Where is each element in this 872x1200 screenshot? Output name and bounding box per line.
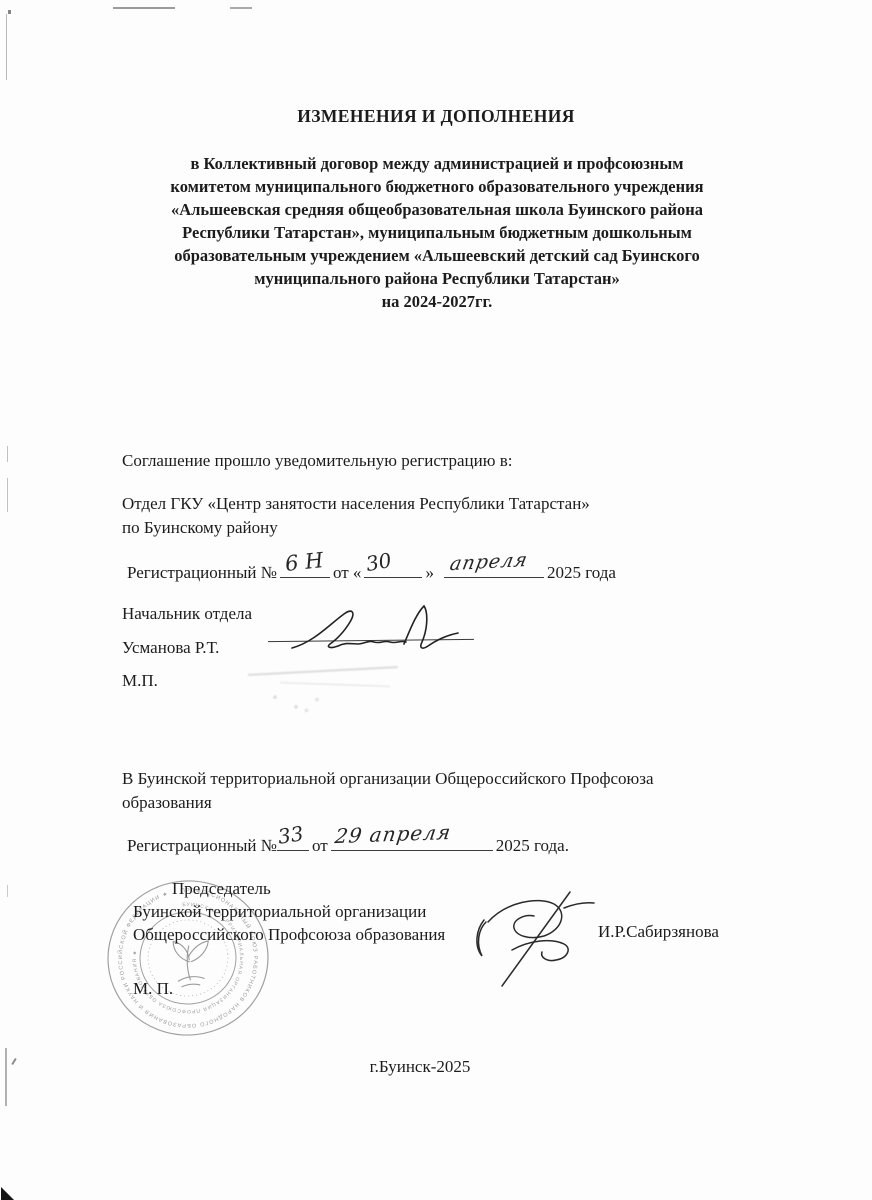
preamble-line: муниципального района Республики Татарст… [116, 267, 758, 290]
employment-org-line1: Отдел ГКУ «Центр занятости населения Рес… [122, 493, 590, 514]
preamble-line: на 2024-2027гг. [116, 290, 758, 313]
document-title: ИЗМЕНЕНИЯ И ДОПОЛНЕНИЯ [0, 106, 872, 128]
reg-label: Регистрационный № [127, 836, 277, 855]
employment-head-title: Начальник отдела [122, 603, 252, 624]
month-blank: апреля [444, 559, 544, 578]
preamble-line: образовательным учреждением «Альшеевский… [116, 244, 758, 267]
scan-artifact-corner-triangle [1, 1187, 14, 1200]
scanned-document-page: ИЗМЕНЕНИЯ И ДОПОЛНЕНИЯ в Коллективный до… [0, 0, 872, 1200]
scan-artifact-left-tick-2 [7, 478, 8, 512]
reg-number-blank: 33 [277, 832, 309, 851]
year-label: 2025 года. [496, 836, 569, 855]
scan-smudge-speckle [268, 690, 338, 714]
employment-registration-line: Регистрационный №6 Нот «30»апреля2025 го… [127, 559, 616, 583]
employment-head-name: Усманова Р.Т. [122, 637, 219, 658]
union-chair-title: Председатель [172, 878, 271, 899]
union-chair-line3: Общероссийского Профсоюза образования [133, 924, 445, 945]
employment-seal-mark: М.П. [122, 670, 158, 691]
union-chair-line2: Буинской территориальной организации [133, 901, 426, 922]
from-label: от [312, 836, 328, 855]
union-registration-line: Регистрационный №33от29 апреля2025 года. [127, 832, 569, 856]
document-preamble: в Коллективный договор между администрац… [116, 152, 758, 313]
preamble-line: «Альшеевская средняя общеобразовательная… [116, 198, 758, 221]
union-seal-mark: М. П. [133, 978, 173, 999]
document-footer: г.Буинск-2025 [0, 1056, 840, 1077]
scan-artifact-left-tick-1 [7, 446, 8, 462]
date-blank: 29 апреля [331, 832, 493, 851]
year-label: 2025 года [547, 563, 616, 582]
preamble-line: Республики Татарстан», муниципальным бюд… [116, 221, 758, 244]
scan-artifact-top-dash-2 [230, 7, 252, 9]
scan-artifact-dot [8, 10, 11, 14]
reg-number-blank: 6 Н [280, 559, 330, 578]
reg-label: Регистрационный № [127, 563, 277, 582]
scan-artifact-top-dash [113, 7, 175, 9]
from-label: от « [333, 563, 361, 582]
scan-artifact-left-tick-3 [7, 885, 8, 897]
scan-artifact-left-line-top [6, 14, 7, 80]
handwritten-month: апреля [448, 549, 530, 577]
day-blank: 30 [364, 559, 422, 578]
scan-smudge-1 [248, 666, 398, 679]
preamble-line: комитетом муниципального бюджетного обра… [116, 175, 758, 198]
signature-usmanova [286, 602, 466, 662]
handwritten-reg-number: 33 [276, 821, 305, 849]
union-chair-name: И.Р.Сабирзянова [598, 921, 719, 942]
scan-smudge-2 [280, 682, 390, 689]
employment-org-line2: по Буинскому району [122, 517, 278, 538]
preamble-line: в Коллективный договор между администрац… [116, 152, 758, 175]
union-org-line1: В Буинской территориальной организации О… [122, 768, 654, 789]
handwritten-date: 29 апреля [333, 820, 453, 849]
quote-close: » [425, 563, 434, 582]
registration-intro: Соглашение прошло уведомительную регистр… [122, 450, 512, 471]
handwritten-reg-number: 6 Н [284, 547, 325, 577]
union-org-line2: образования [122, 792, 212, 813]
handwritten-day: 30 [364, 548, 393, 577]
